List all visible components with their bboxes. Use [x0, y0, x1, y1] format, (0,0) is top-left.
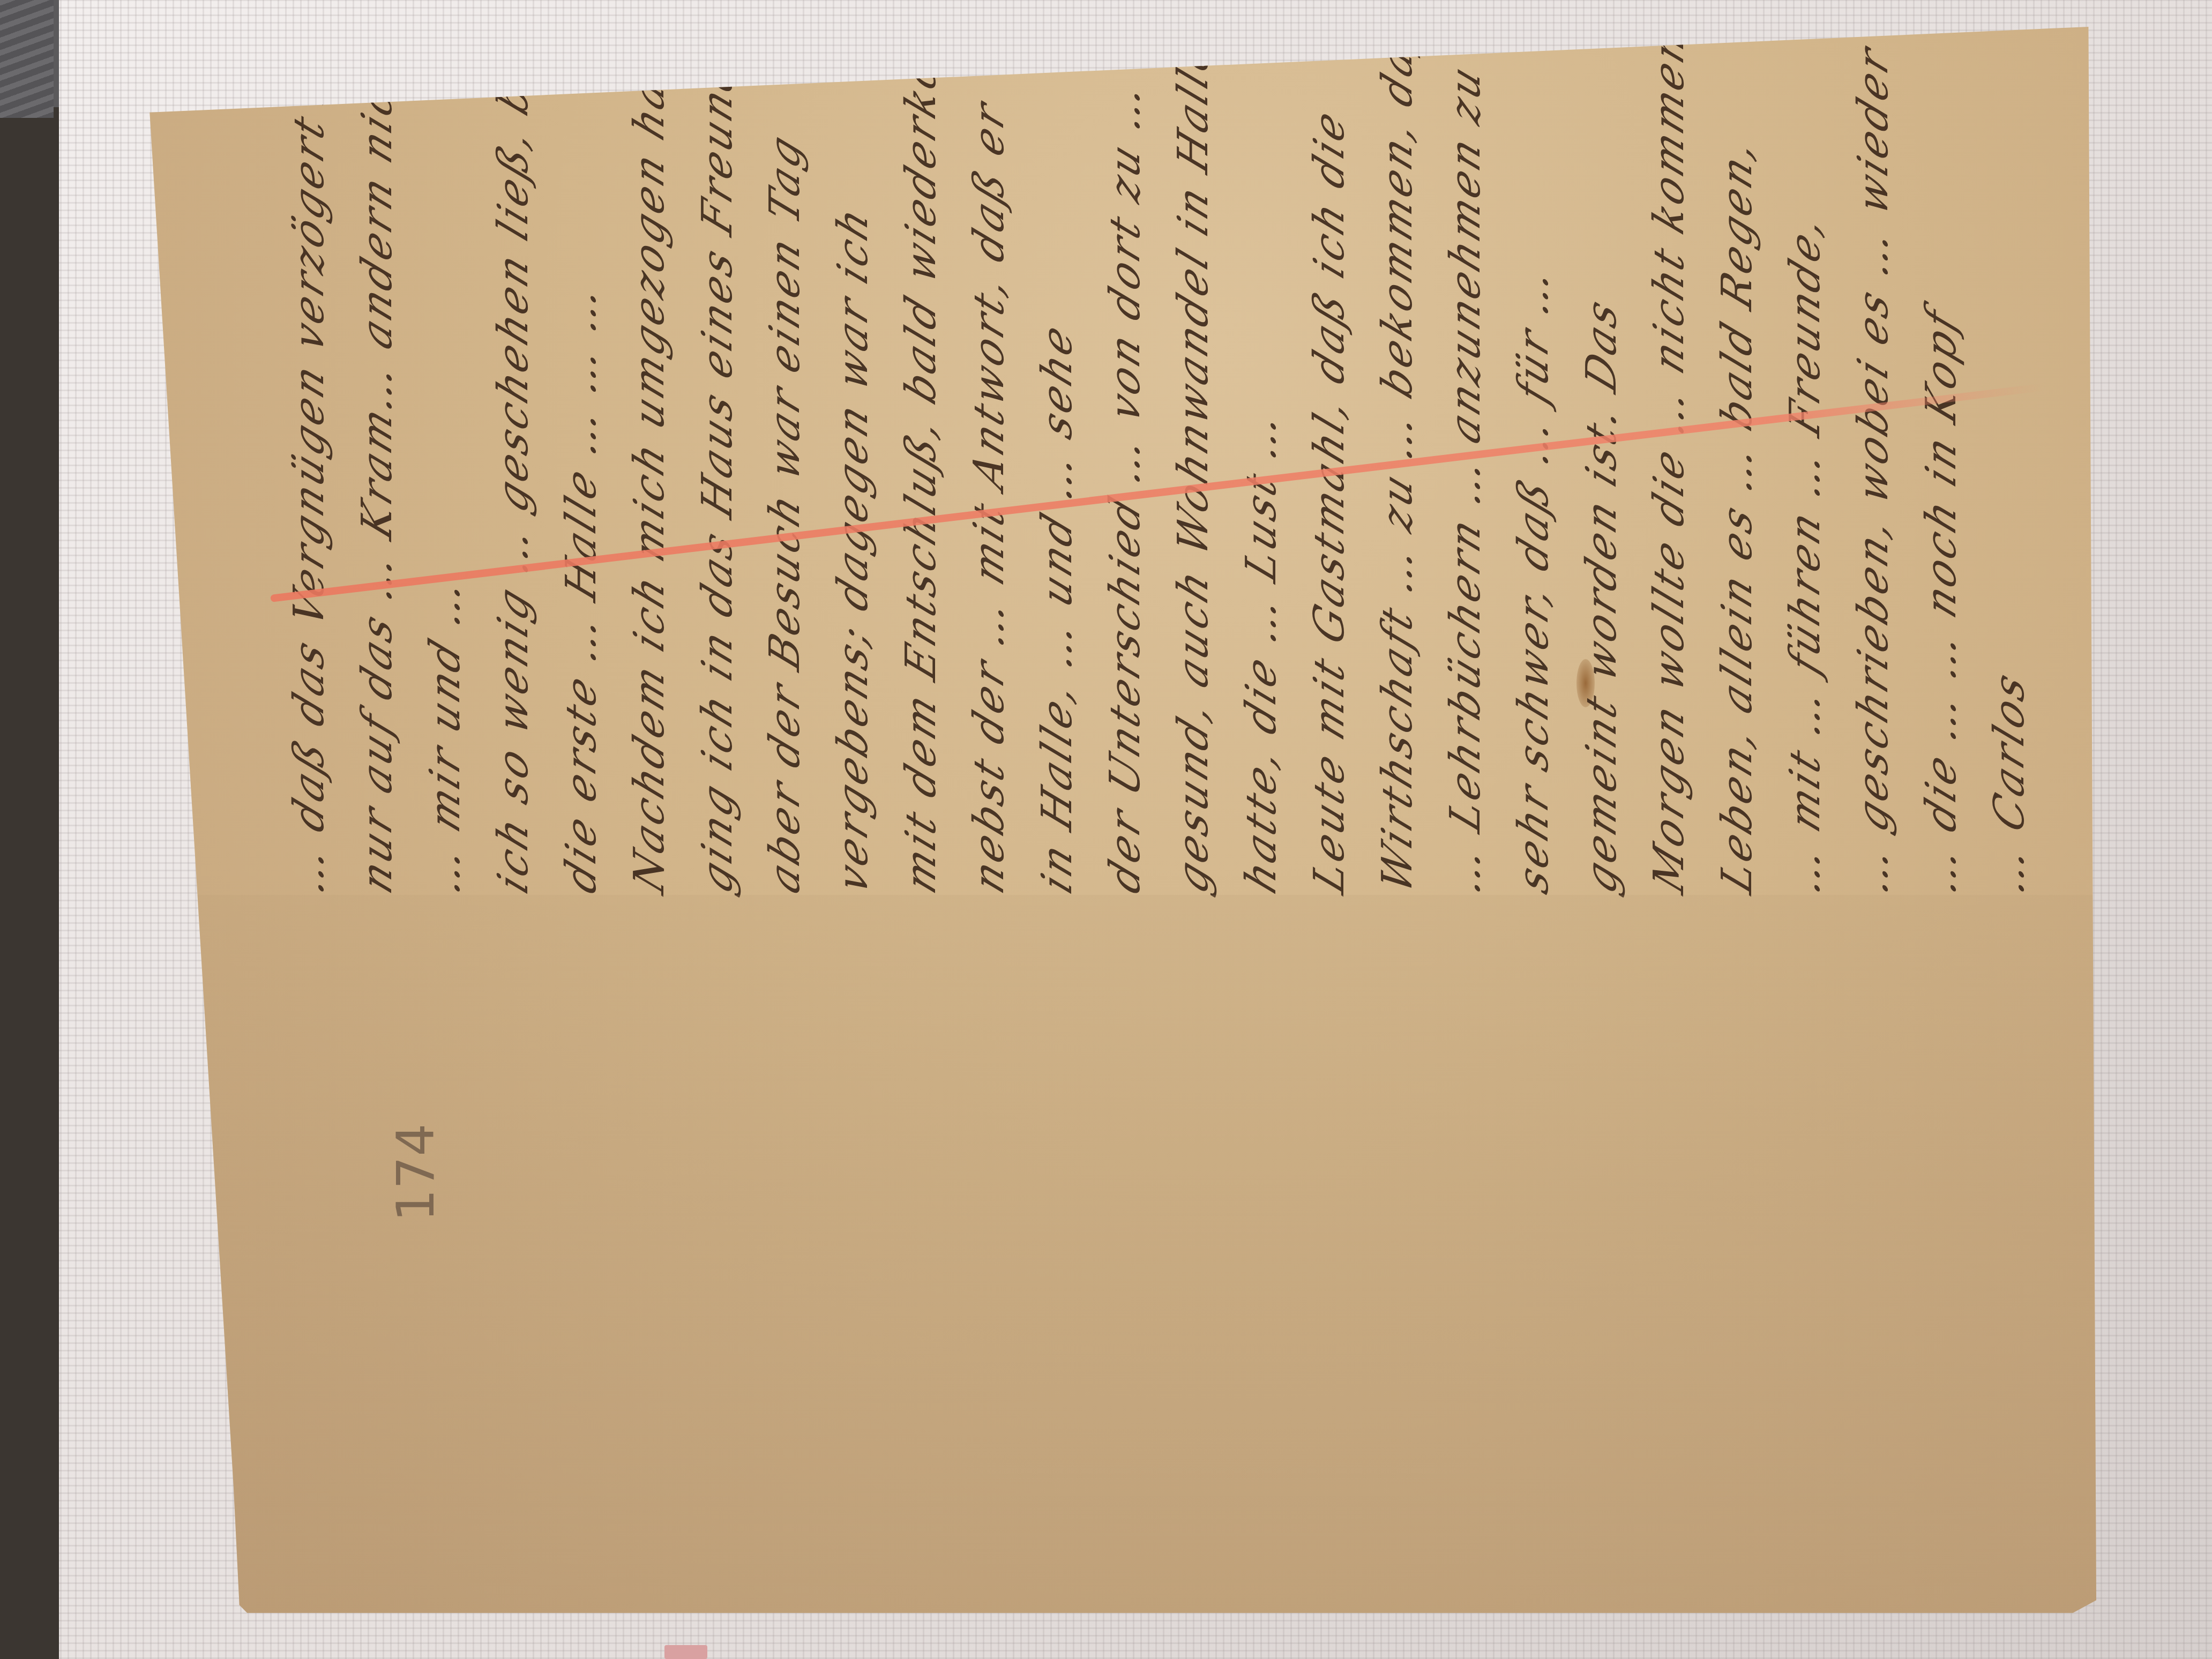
handwritten-line-text: Wirthschaft … zu … bekommen, daß es: [1373, 0, 1422, 900]
handwritten-line-text: gemeint worden ist. Das: [1578, 290, 1626, 900]
handwritten-line: Morgen wollte die … nicht kommen: [1629, 123, 1693, 900]
handwritten-line: Leben, allein es … bald Regen,: [1697, 123, 1761, 900]
handwritten-line: Nachdem ich mich umgezogen hatte,: [609, 123, 674, 900]
paper-stack-corner: [0, 0, 54, 118]
handwritten-line: gemeint worden ist. Das: [1561, 123, 1626, 900]
handwritten-line-text: nebst der … mit Antwort, daß er: [965, 92, 1013, 900]
handwritten-line-text: … mit … führen … Freunde,: [1781, 205, 1829, 900]
folio-number: 174: [386, 1124, 446, 1222]
handwritten-line-text: … geschrieben, wobei es … wieder das: [1849, 0, 1897, 900]
handwritten-line: sehr schwer, daß … für …: [1493, 123, 1558, 900]
handwritten-line-text: … mir und …: [421, 569, 469, 900]
handwritten-line: die erste … Halle … … …: [541, 123, 606, 900]
dark-table-surface: [0, 0, 59, 1659]
handwritten-line-text: … daß das Vergnügen verzögert zu: [285, 34, 333, 900]
handwritten-line-text: … Carlos: [1985, 663, 2034, 900]
handwritten-line-text: aber der Besuch war einen Tag: [761, 125, 809, 900]
handwritten-line-text: ich so wenig … geschehen ließ, bald auch: [489, 0, 537, 900]
handwritten-line: Wirthschaft … zu … bekommen, daß es: [1357, 123, 1422, 900]
handwritten-line-text: Nachdem ich mich umgezogen hatte,: [625, 0, 674, 900]
handwritten-line: aber der Besuch war einen Tag: [745, 123, 809, 900]
handwritten-line-text: ging ich in das Haus eines Freundes und: [693, 0, 742, 900]
red-tag: [664, 1645, 707, 1659]
handwritten-line: … geschrieben, wobei es … wieder das: [1833, 123, 1897, 900]
handwritten-line: … mit … führen … Freunde,: [1765, 123, 1829, 900]
handwritten-line: Leute mit Gastmahl, daß ich die: [1289, 123, 1354, 900]
handwritten-line: … die … … noch in Kopf: [1901, 123, 1966, 900]
handwritten-line-text: gesund, auch Wohnwandel in Halle: [1169, 31, 1217, 900]
handwritten-line-text: vergebens; dagegen war ich: [829, 198, 877, 900]
handwritten-text-block: … daß das Vergnügen verzögert zunur auf …: [269, 123, 2091, 900]
handwritten-line-text: … die … … noch in Kopf: [1917, 300, 1966, 900]
handwritten-line-text: in Halle, … und … sehe: [1033, 315, 1081, 900]
handwritten-line: nur auf das … Kram… andern nicht ist's s…: [337, 123, 401, 900]
handwritten-line-text: die erste … Halle … … …: [557, 274, 606, 900]
handwritten-line: … Carlos: [1969, 123, 2034, 900]
handwritten-line: … Lehrbüchern … anzunehmen zu: [1425, 123, 1490, 900]
handwritten-line-text: sehr schwer, daß … für …: [1509, 258, 1558, 900]
handwritten-line-text: … Lehrbüchern … anzunehmen zu: [1441, 56, 1490, 900]
handwritten-line-text: mit dem Entschluß, bald wiederkommen,: [897, 0, 945, 900]
handwritten-line: hatte, die … Lust …: [1221, 123, 1286, 900]
handwritten-line: … mir und …: [405, 123, 469, 900]
handwritten-line: ich so wenig … geschehen ließ, bald auch: [473, 123, 537, 900]
handwritten-line: vergebens; dagegen war ich: [813, 123, 877, 900]
handwritten-line: der Unterschied … von dort zu …: [1085, 123, 1149, 900]
handwritten-line-text: Leute mit Gastmahl, daß ich die: [1305, 101, 1354, 900]
handwritten-line: mit dem Entschluß, bald wiederkommen,: [881, 123, 945, 900]
manuscript-page: … daß das Vergnügen verzögert zunur auf …: [146, 27, 2096, 1613]
handwritten-line: ging ich in das Haus eines Freundes und: [677, 123, 742, 900]
handwritten-line: gesund, auch Wohnwandel in Halle: [1153, 123, 1217, 900]
handwritten-line-text: nur auf das … Kram… andern nicht ist's s…: [353, 0, 401, 900]
handwritten-line-text: Morgen wollte die … nicht kommen: [1645, 20, 1693, 900]
handwritten-line: … daß das Vergnügen verzögert zu: [269, 123, 333, 900]
handwritten-line-text: der Unterschied … von dort zu …: [1101, 73, 1149, 900]
handwritten-line-text: Leben, allein es … bald Regen,: [1713, 129, 1761, 900]
